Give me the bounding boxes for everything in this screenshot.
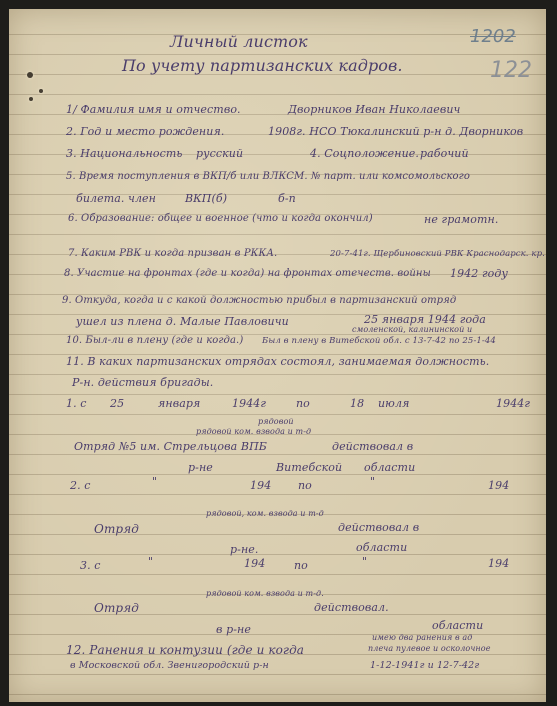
field-10-annotation: смоленской, калининской и [352, 326, 472, 334]
service-1-from-day: 25 [110, 398, 124, 409]
service-1-acted: действовал в [332, 441, 413, 452]
service-1-to-day: 18 [350, 398, 364, 409]
field-8-value: 1942 году [450, 268, 508, 279]
field-7-label: 7. Каким РВК и когда призван в РККА. [68, 249, 277, 259]
service-3-to-day: " [362, 556, 367, 567]
service-2-from-day: " [152, 476, 157, 487]
field-3-label: 3. Национальность [66, 148, 182, 159]
field-2-label: 2. Год и место рождения. [66, 126, 224, 137]
service-3-district-label: в р-не [216, 624, 251, 635]
field-5-value-suffix: б-п [278, 193, 296, 204]
service-2-unit: Отряд [94, 523, 139, 535]
service-1-num: 1. с [66, 398, 87, 409]
field-10-label: 10. Был-ли в плену (где и когда.) [66, 336, 243, 346]
field-9-label: 9. Откуда, когда и с какой должностью пр… [62, 296, 456, 306]
service-1-from-year: 1944г [232, 398, 266, 409]
punch-hole [27, 72, 33, 78]
service-3-from-year: 194 [244, 558, 265, 569]
field-5-value-prefix: член [128, 193, 156, 204]
service-3-hint: рядовой ком. взвода и т-д. [206, 590, 324, 598]
service-2-region-label: области [356, 542, 407, 553]
field-11-label-cont: Р-н. действия бригады. [72, 377, 213, 388]
field-2-value: 1908г. НСО Тюкалинский р-н д. Дворников [268, 126, 523, 137]
service-3-acted: действовал. [314, 602, 389, 613]
field-4-value: рабочий [420, 148, 469, 159]
service-2-to-year: 194 [488, 480, 509, 491]
field-3-value: русский [196, 148, 243, 159]
service-1-region-label: области [364, 462, 415, 473]
service-1-to-month: июля [378, 398, 409, 409]
service-1-unit: Отряд №5 им. Стрельцова ВПБ [74, 441, 267, 452]
field-5-value: ВКП(б) [185, 193, 227, 204]
service-1-hint-correction: рядовой [258, 418, 294, 426]
field-7-value: 20-7-41г. Щербиновский РВК Краснодарск. … [330, 250, 545, 259]
service-2-hint: рядовой, ком. взвода и т-д [206, 510, 324, 518]
service-2-num: 2. с [70, 480, 91, 491]
service-1-to-label: по [296, 398, 310, 409]
punch-hole [39, 89, 43, 93]
service-3-to-year: 194 [488, 558, 509, 569]
service-1-from-month: января [158, 398, 200, 409]
punch-hole [29, 97, 33, 101]
field-12-annotation-2: плеча пулевое и осколочное [368, 645, 491, 653]
service-1-district-label: р-не [188, 462, 213, 473]
service-2-from-year: 194 [250, 480, 271, 491]
field-9-value-place: ушел из плена д. Малые Павловичи [76, 316, 289, 327]
field-12-annotation-1: имею два ранения в ад [372, 634, 472, 642]
service-2-to-label: по [298, 480, 312, 491]
service-1-region: Витебской [276, 462, 342, 473]
service-2-district-label: р-не. [230, 544, 259, 555]
field-11-label: 11. В каких партизанских отрядах состоял… [66, 356, 489, 367]
archive-number-crossed: 1202 [470, 28, 516, 46]
service-2-to-day: " [370, 476, 375, 487]
archive-number: 122 [490, 60, 532, 82]
field-8-label: 8. Участие на фронтах (где и когда) на ф… [64, 269, 431, 279]
field-12-value-dates: 1-12-1941г и 12-7-42г [370, 661, 479, 671]
service-3-from-day: " [148, 556, 153, 567]
field-5-label: 5. Время поступления в ВКП/б или ВЛКСМ. … [66, 172, 470, 182]
service-3-region-label: области [432, 620, 483, 631]
field-6-value: не грамотн. [424, 214, 498, 225]
field-9-value-date: 25 января 1944 года [364, 314, 486, 325]
field-12-value-place: в Московской обл. Звенигородский р-н [70, 661, 269, 671]
service-2-acted: действовал в [338, 522, 419, 533]
field-12-label: 12. Ранения и контузии (где и когда [66, 644, 304, 656]
field-1-value: Дворников Иван Николаевич [288, 104, 461, 115]
field-5-label-cont: билета. [76, 193, 125, 204]
service-3-to-label: по [294, 560, 308, 571]
service-1-to-year: 1944г [496, 398, 530, 409]
service-3-num: 3. с [80, 560, 101, 571]
field-1-label: 1/ Фамилия имя и отчество. [66, 104, 241, 115]
page-title: Личный листок [170, 34, 308, 50]
page-subtitle: По учету партизанских кадров. [122, 58, 403, 74]
field-4-label: 4. Соцположение. [310, 148, 419, 159]
field-6-label: 6. Образование: общее и военное (что и к… [68, 214, 373, 224]
service-1-hint: рядовой ком. взвода и т-д [196, 428, 311, 436]
service-3-unit: Отряд [94, 602, 139, 614]
field-10-value: Был в плену в Витебской обл. с 13-7-42 п… [262, 337, 496, 346]
